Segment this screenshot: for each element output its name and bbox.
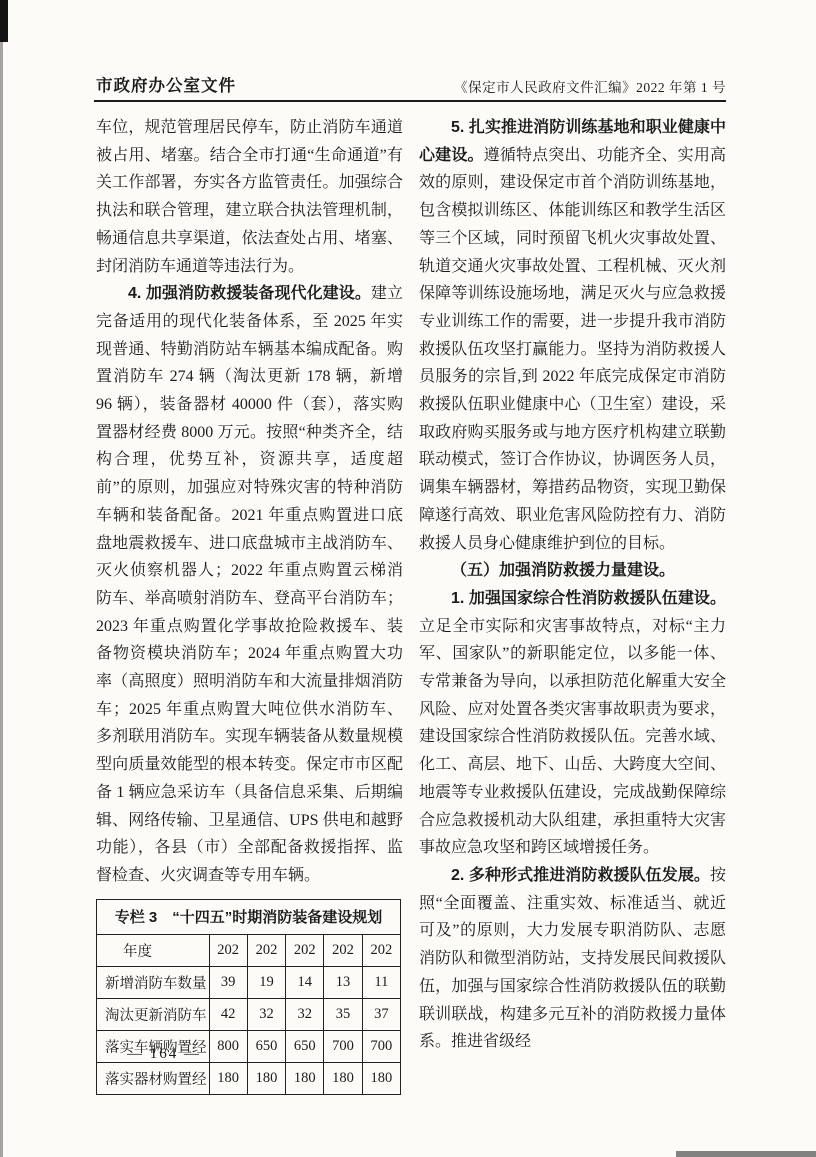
table-row: 淘汰更新消防车 42 32 32 35 37 [97, 998, 401, 1030]
table-title-row: 专栏 3 “十四五”时期消防装备建设规划 [97, 899, 401, 934]
paragraph-item5: 5. 扎实推进消防训练基地和职业健康中心建设。遵循特点突出、功能齐全、实用高效的… [419, 114, 726, 557]
paragraph-item4-body: 建立完备适用的现代化装备体系，至 2025 年实现普通、特勤消防站车辆基本编成配… [96, 285, 403, 884]
document-page: 市政府办公室文件 《保定市人民政府文件汇编》2022 年第 1 号 车位，规范管… [0, 0, 816, 1157]
two-column-body: 车位，规范管理居民停车，防止消防车通道被占用、堵塞。结合全市打通“生命通道”有关… [96, 114, 726, 1095]
paragraph-item2-lead: 2. 多种形式推进消防救援队伍发展。 [451, 867, 710, 884]
table-cell: 35 [324, 998, 362, 1030]
table-cell: 14 [286, 966, 324, 998]
table-cell: 180 [286, 1062, 324, 1094]
paragraph-item4: 4. 加强消防救援装备现代化建设。建立完备适用的现代化装备体系，至 2025 年… [96, 280, 403, 889]
equipment-plan-table: 专栏 3 “十四五”时期消防装备建设规划 年度 202 202 202 202 … [96, 899, 401, 1095]
table-cell: 180 [362, 1062, 400, 1094]
section-heading-5: （五）加强消防救援力量建设。 [419, 557, 726, 585]
paragraph-item1-body: 立足全市实际和灾害事故特点，对标“主力军、国家队”的新职能定位，以多能一体、专常… [419, 618, 726, 857]
paragraph-item2: 2. 多种形式推进消防救援队伍发展。按照“全面覆盖、注重实效、标准适当、就近可及… [419, 862, 726, 1056]
paragraph-continuation: 车位，规范管理居民停车，防止消防车通道被占用、堵塞。结合全市打通“生命通道”有关… [96, 114, 403, 280]
table-cell: 11 [362, 966, 400, 998]
table-cell: 19 [247, 966, 285, 998]
table-row-label: 落实器材购置经 [97, 1062, 210, 1094]
header-divider [94, 100, 726, 102]
table-cell: 37 [362, 998, 400, 1030]
table-cell: 700 [362, 1030, 400, 1062]
table-cell: 650 [286, 1030, 324, 1062]
table-cell: 32 [286, 998, 324, 1030]
table-cell: 13 [324, 966, 362, 998]
table-row-label: 淘汰更新消防车 [97, 998, 210, 1030]
table-header-cell: 202 [247, 934, 285, 966]
table-header-row: 年度 202 202 202 202 202 [97, 934, 401, 966]
table-header-cell: 202 [324, 934, 362, 966]
table-row-label: 新增消防车数量 [97, 966, 210, 998]
table-header-cell: 年度 [97, 934, 210, 966]
table-cell: 42 [209, 998, 247, 1030]
left-column: 车位，规范管理居民停车，防止消防车通道被占用、堵塞。结合全市打通“生命通道”有关… [96, 114, 403, 1095]
scan-edge-artifact [0, 0, 3, 1157]
table-cell: 180 [247, 1062, 285, 1094]
table-cell: 180 [324, 1062, 362, 1094]
table-row: 落实器材购置经 180 180 180 180 180 [97, 1062, 401, 1094]
header-compilation-title: 《保定市人民政府文件汇编》2022 年第 1 号 [454, 76, 726, 96]
table-header-cell: 202 [286, 934, 324, 966]
table-cell: 32 [247, 998, 285, 1030]
paragraph-item2-body: 按照“全面覆盖、注重实效、标准适当、就近可及”的原则，大力发展专职消防队、志愿消… [419, 867, 726, 1050]
paragraph-item5-body: 遵循特点突出、功能齐全、实用高效的原则，建设保定市首个消防训练基地，包含模拟训练… [419, 147, 726, 552]
header-document-type: 市政府办公室文件 [96, 72, 236, 96]
page-number: — 164 — [127, 1046, 201, 1063]
table-cell: 180 [209, 1062, 247, 1094]
table-header-cell: 202 [209, 934, 247, 966]
paragraph-item4-lead: 4. 加强消防救援装备现代化建设。 [128, 285, 371, 302]
table-row: 新增消防车数量 39 19 14 13 11 [97, 966, 401, 998]
table-cell: 700 [324, 1030, 362, 1062]
table-cell: 39 [209, 966, 247, 998]
table-title: 专栏 3 “十四五”时期消防装备建设规划 [97, 899, 401, 934]
paragraph-item1: 1. 加强国家综合性消防救援队伍建设。立足全市实际和灾害事故特点，对标“主力军、… [419, 585, 726, 862]
scan-corner-artifact [0, 0, 8, 42]
right-column: 5. 扎实推进消防训练基地和职业健康中心建设。遵循特点突出、功能齐全、实用高效的… [419, 114, 726, 1095]
paragraph-item1-lead: 1. 加强国家综合性消防救援队伍建设。 [451, 590, 726, 607]
page-header: 市政府办公室文件 《保定市人民政府文件汇编》2022 年第 1 号 [96, 72, 726, 96]
scan-shadow-artifact [676, 1151, 816, 1157]
table-header-cell: 202 [362, 934, 400, 966]
table-cell: 650 [247, 1030, 285, 1062]
table-cell: 800 [209, 1030, 247, 1062]
